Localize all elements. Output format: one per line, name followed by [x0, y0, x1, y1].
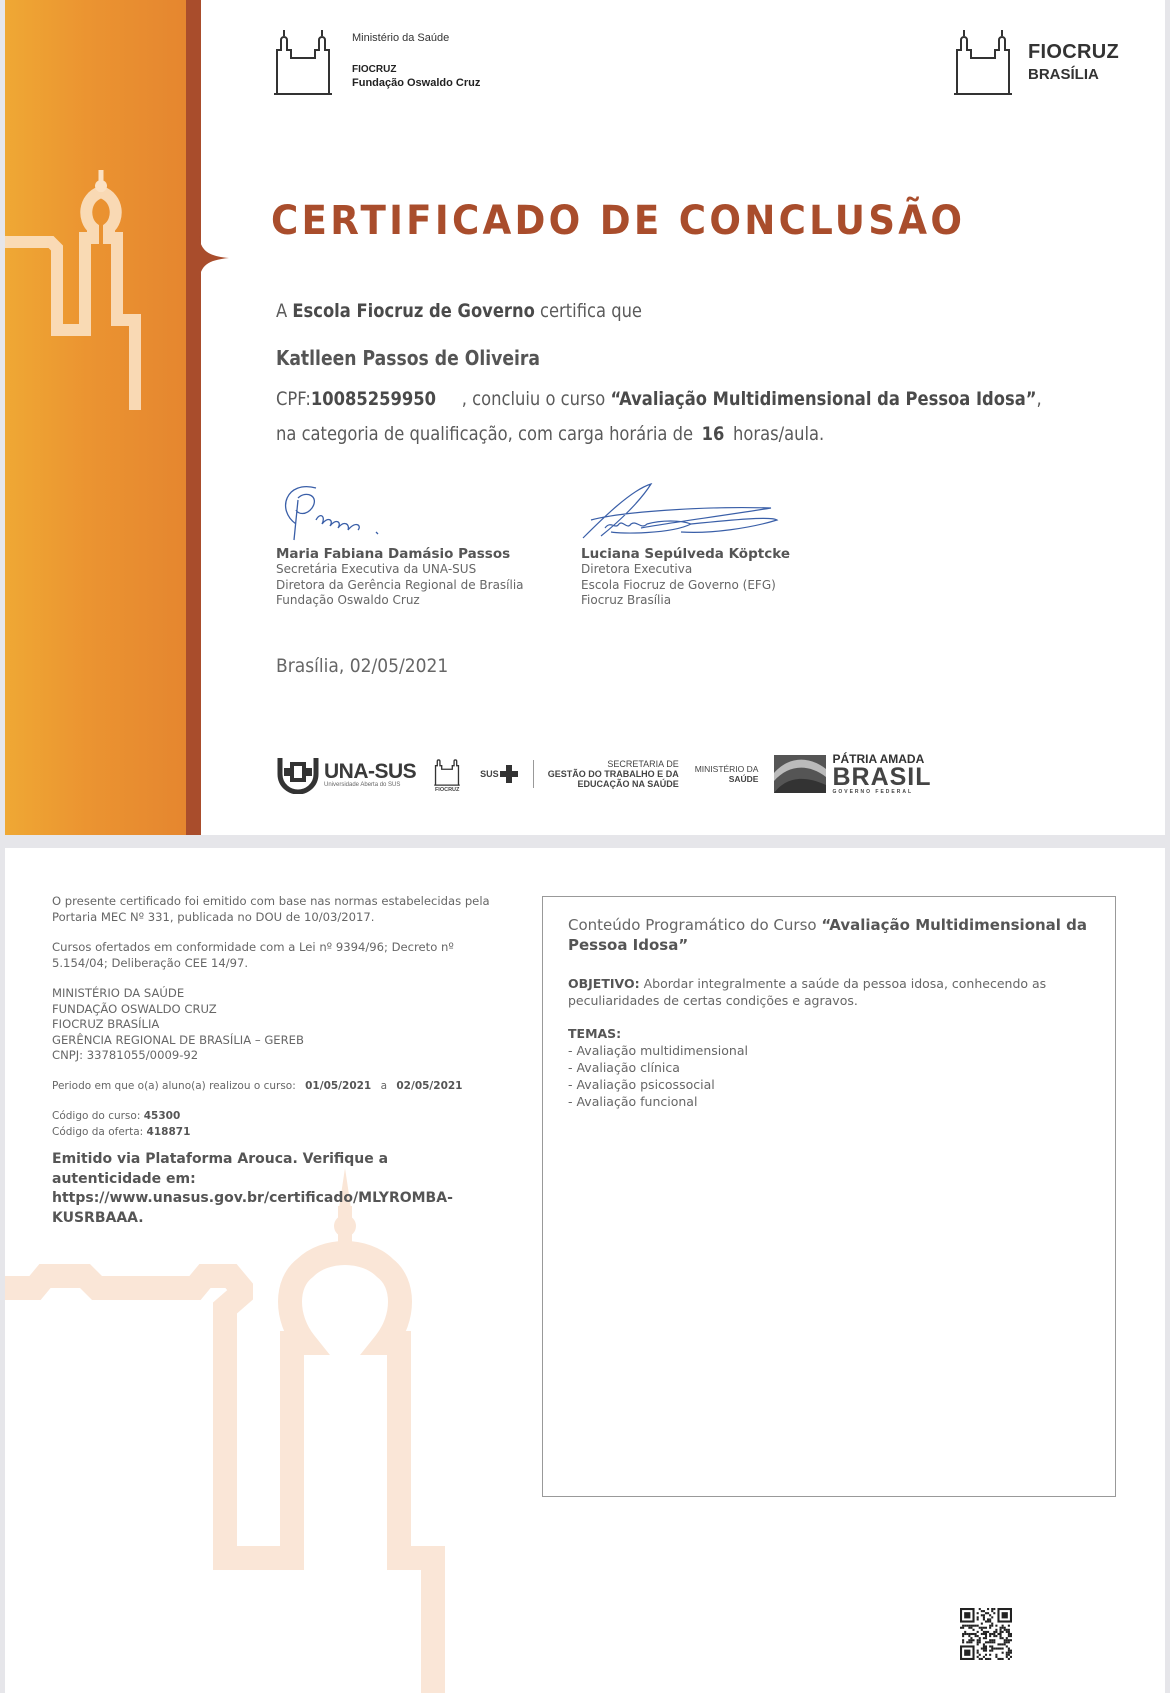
program-content-box: Conteúdo Programático do Curso “Avaliaçã… — [542, 896, 1116, 1497]
institution-line: MINISTÉRIO DA SAÚDE — [52, 986, 492, 1002]
brasilia-brand: BRASÍLIA — [1028, 66, 1119, 83]
signer-org: Fiocruz Brasília — [581, 593, 841, 609]
sus-label: SUS — [480, 769, 499, 779]
completed-text: , concluiu o curso — [462, 388, 605, 410]
fiocruz-brasilia-logo: FIOCRUZ BRASÍLIA — [952, 28, 1119, 96]
sgtes-line: SECRETARIA DE — [548, 759, 679, 769]
institution-line: GERÊNCIA REGIONAL DE BRASÍLIA – GEREB — [52, 1033, 492, 1049]
period-label: Periodo em que o(a) aluno(a) realizou o … — [52, 1080, 296, 1092]
patria-amada-brasil-logo: PÁTRIA AMADA BRASIL GOVERNO FEDERAL — [774, 753, 931, 795]
course-codes: Código do curso: 45300 Código da oferta:… — [52, 1109, 492, 1140]
period-start: 01/05/2021 — [305, 1080, 371, 1092]
period-sep: a — [381, 1080, 387, 1092]
ministerio-line: MINISTÉRIO DA — [695, 764, 759, 774]
period-end: 02/05/2021 — [396, 1080, 462, 1092]
objective-label: OBJETIVO: — [568, 976, 640, 991]
issuer-name: Escola Fiocruz de Governo — [292, 300, 534, 322]
ministry-fiocruz-logo: Ministério da Saúde FIOCRUZ Fundação Osw… — [272, 28, 480, 96]
verify-url-link[interactable]: https://www.unasus.gov.br/certificado/ML… — [52, 1189, 492, 1228]
unasus-logo: UNA-SUS Universidade Aberta do SUS — [276, 754, 416, 794]
objective-text: Abordar integralmente a saúde da pessoa … — [568, 976, 1046, 1008]
signer-role: Diretora da Gerência Regional de Brasíli… — [276, 578, 556, 594]
legal-info: O presente certificado foi emitido com b… — [52, 894, 492, 1228]
signature-scrawl — [581, 480, 781, 542]
brasil-flag-icon — [774, 755, 826, 793]
cnpj: CNPJ: 33781055/0009-92 — [52, 1048, 492, 1064]
signer-role: Diretora Executiva — [581, 562, 841, 578]
band-stripe — [186, 0, 201, 835]
ministerio-logo: MINISTÉRIO DA SAÚDE — [695, 764, 759, 784]
brasil-line: BRASIL — [832, 765, 931, 790]
certifies-line: A Escola Fiocruz de Governo certifica qu… — [276, 300, 642, 322]
fiocruz-building-icon — [432, 756, 462, 786]
ministry-label: Ministério da Saúde — [352, 32, 480, 44]
unasus-icon — [276, 754, 320, 794]
hours-value: 16 — [702, 423, 725, 445]
course-code-label: Código do curso: — [52, 1110, 140, 1122]
fiocruz-small-label: FIOCRUZ — [435, 787, 459, 793]
fiocruz-building-icon — [272, 28, 334, 96]
signer-role: Secretária Executiva da UNA-SUS — [276, 562, 556, 578]
verify-text: Emitido via Plataforma Arouca. Verifique… — [52, 1150, 492, 1189]
program-objective: OBJETIVO: Abordar integralmente a saúde … — [568, 975, 1090, 1009]
qr-code-icon[interactable] — [960, 1608, 1012, 1660]
legal-portaria: O presente certificado foi emitido com b… — [52, 894, 492, 925]
fiocruz-small-logo: FIOCRUZ — [432, 756, 462, 793]
unasus-name: UNA-SUS — [324, 760, 416, 784]
course-code: 45300 — [144, 1110, 181, 1122]
cpf-line: CPF:10085259950, concluiu o curso “Avali… — [276, 388, 1042, 410]
offer-code: 418871 — [147, 1126, 191, 1138]
student-name: Katlleen Passos de Oliveira — [276, 346, 540, 370]
legal-law: Cursos ofertados em conformidade com a L… — [52, 940, 492, 971]
course-name: “Avaliação Multidimensional da Pessoa Id… — [610, 388, 1036, 410]
cpf-label: CPF: — [276, 388, 311, 410]
cpf-number: 10085259950 — [311, 388, 436, 410]
topic-item: - Avaliação multidimensional — [568, 1042, 1090, 1059]
ministerio-line: SAÚDE — [695, 774, 759, 784]
signer-name: Luciana Sepúlveda Köptcke — [581, 547, 841, 563]
signer-org: Escola Fiocruz de Governo (EFG) — [581, 578, 841, 594]
fiocruz-building-icon — [952, 28, 1014, 96]
intro-prefix: A — [276, 300, 287, 322]
program-topics: TEMAS: - Avaliação multidimensional - Av… — [568, 1025, 1090, 1110]
topic-item: - Avaliação clínica — [568, 1059, 1090, 1076]
category-line: na categoria de qualificação, com carga … — [276, 423, 824, 445]
signer-name: Maria Fabiana Damásio Passos — [276, 547, 556, 563]
sus-logo: SUS — [480, 764, 519, 784]
fiocruz-brand: FIOCRUZ — [1028, 41, 1119, 64]
course-suffix: , — [1036, 388, 1041, 410]
institution-line: FIOCRUZ BRASÍLIA — [52, 1017, 492, 1033]
topic-item: - Avaliação funcional — [568, 1093, 1090, 1110]
verification-note: Emitido via Plataforma Arouca. Verifique… — [52, 1150, 492, 1228]
sgtes-logo: SECRETARIA DE GESTÃO DO TRABALHO E DA ED… — [548, 759, 679, 789]
topic-item: - Avaliação psicossocial — [568, 1076, 1090, 1093]
sus-cross-icon — [499, 764, 519, 784]
decorative-band — [5, 0, 186, 835]
signature-block-2: Luciana Sepúlveda Köptcke Diretora Execu… — [581, 480, 841, 609]
signature-scrawl — [276, 480, 426, 542]
certificate-front: Ministério da Saúde FIOCRUZ Fundação Osw… — [5, 0, 1165, 835]
certificate-title: CERTIFICADO DE CONCLUSÃO — [271, 198, 965, 244]
signer-org: Fundação Oswaldo Cruz — [276, 593, 556, 609]
topics-label: TEMAS: — [568, 1025, 1090, 1042]
course-period: Periodo em que o(a) aluno(a) realizou o … — [52, 1079, 492, 1095]
hours-unit: horas/aula. — [733, 423, 824, 445]
place-date: Brasília, 02/05/2021 — [276, 655, 448, 677]
category-text: na categoria de qualificação, com carga … — [276, 423, 693, 445]
program-title-prefix: Conteúdo Programático do Curso — [568, 916, 817, 934]
sgtes-line: GESTÃO DO TRABALHO E DA — [548, 769, 679, 779]
intro-suffix: certifica que — [540, 300, 642, 322]
certificate-back: O presente certificado foi emitido com b… — [5, 848, 1165, 1693]
institution-line: FUNDAÇÃO OSWALDO CRUZ — [52, 1002, 492, 1018]
signature-block-1: Maria Fabiana Damásio Passos Secretária … — [276, 480, 556, 609]
offer-code-label: Código da oferta: — [52, 1126, 143, 1138]
building-watermark-icon — [5, 1168, 465, 1693]
band-notch — [199, 236, 229, 280]
fiocruz-label: FIOCRUZ — [352, 64, 480, 75]
institution-block: MINISTÉRIO DA SAÚDE FUNDAÇÃO OSWALDO CRU… — [52, 986, 492, 1064]
fiocruz-full-label: Fundação Oswaldo Cruz — [352, 77, 480, 89]
building-outline-icon — [5, 160, 186, 410]
program-title: Conteúdo Programático do Curso “Avaliaçã… — [568, 915, 1090, 955]
sgtes-line: EDUCAÇÃO NA SAÚDE — [548, 779, 679, 789]
logo-divider — [533, 760, 534, 788]
partner-logos: UNA-SUS Universidade Aberta do SUS FIOCR… — [276, 752, 932, 796]
